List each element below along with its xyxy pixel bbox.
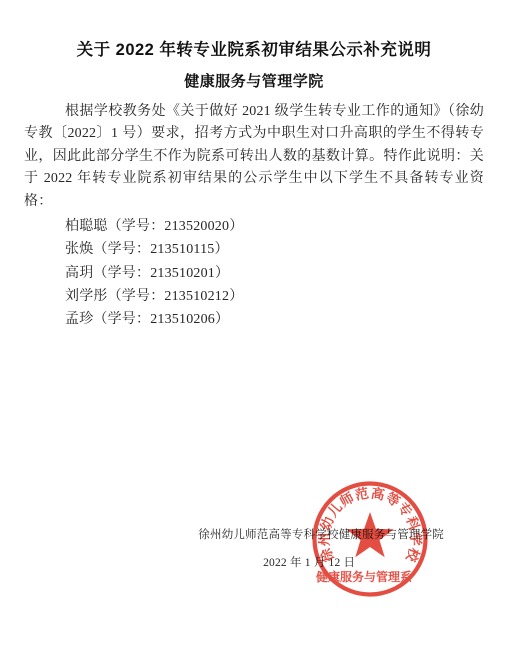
seal-bottom-text: 健康服务与管理系 [315,569,412,584]
student-entry: 孟珍（学号：213510206） [24,308,484,331]
signature-block: 徐州幼儿师范高等专科学校健康服务与管理学院 2022 年 1 月 12 日 [198,527,444,571]
document-title: 关于 2022 年转专业院系初审结果公示补充说明 [24,38,484,62]
department-title: 健康服务与管理学院 [24,70,484,94]
student-entry: 刘学彤（学号：213510212） [24,285,484,308]
student-list: 柏聪聪（学号：213520020） 张焕（学号：213510115） 高玥（学号… [24,215,484,331]
signature-org: 徐州幼儿师范高等专科学校健康服务与管理学院 [198,527,444,543]
student-entry: 柏聪聪（学号：213520020） [24,215,484,238]
student-entry: 张焕（学号：213510115） [24,238,484,261]
document-page: 关于 2022 年转专业院系初审结果公示补充说明 健康服务与管理学院 根据学校教… [0,0,508,663]
signature-date: 2022 年 1 月 12 日 [186,555,432,571]
student-entry: 高玥（学号：213510201） [24,262,484,285]
body-paragraph: 根据学校教务处《关于做好 2021 级学生转专业工作的通知》（徐幼专教〔2022… [24,101,484,213]
